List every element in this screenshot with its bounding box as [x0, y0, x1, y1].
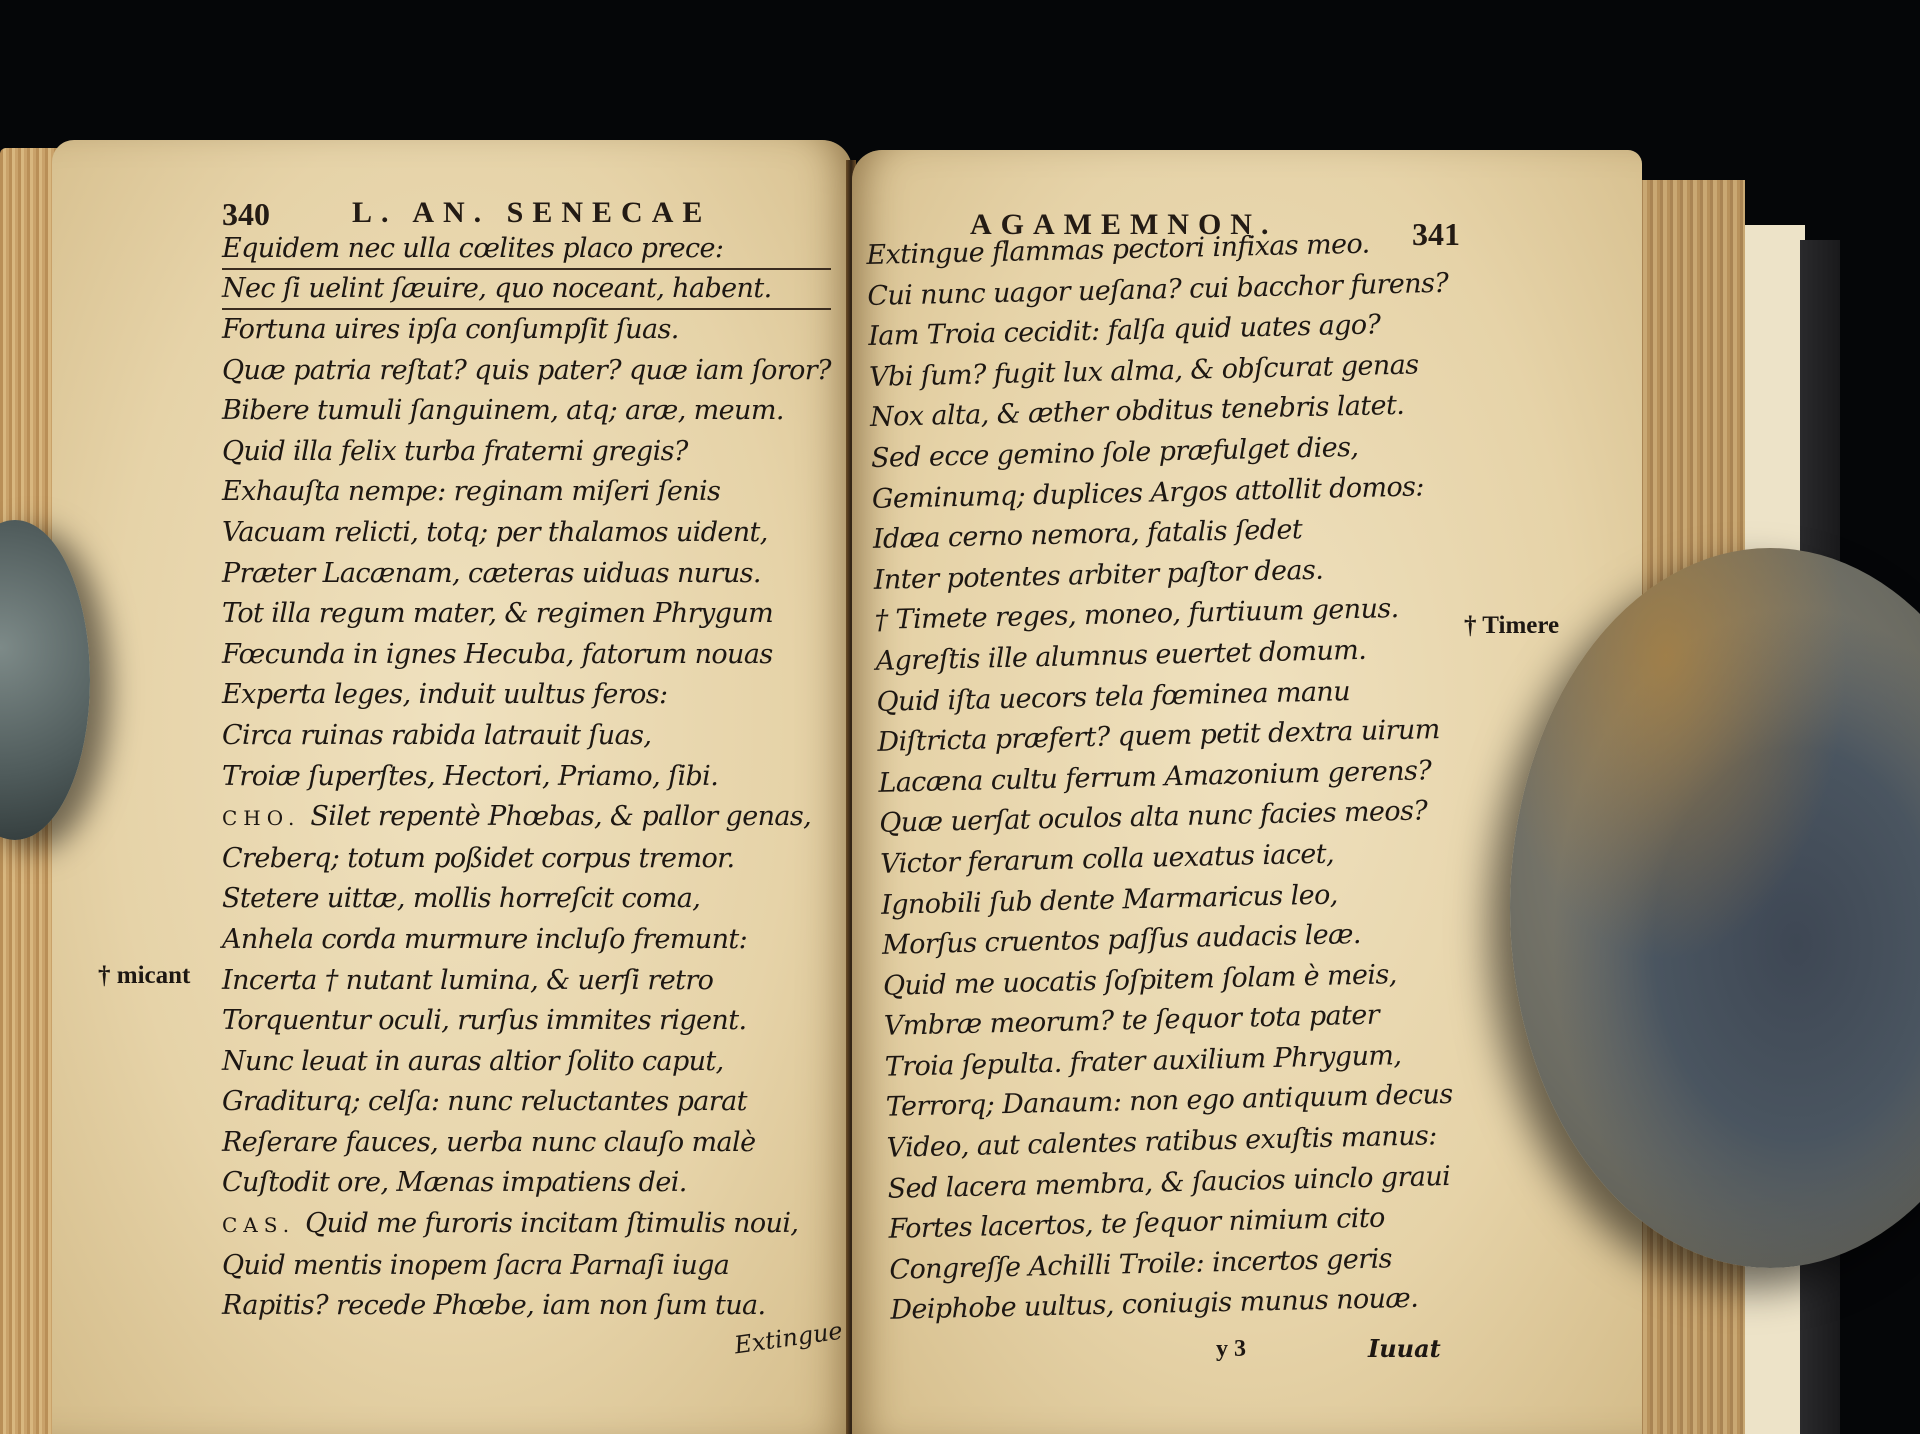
left-running-head: L. AN. SENECAE: [352, 196, 711, 230]
left-page: 340 L. AN. SENECAE Equidem nec ulla cœli…: [52, 140, 852, 1434]
verse-line: Cuſtodit ore, Mænas impatiens dei.: [222, 1163, 831, 1204]
verse-line: Graditurq; celſa: nunc reluctantes parat: [222, 1082, 831, 1123]
verse-line: Reſerare fauces, uerba nunc clauſo malè: [222, 1123, 831, 1164]
verse-line: Incerta † nutant lumina, & uerſi retro: [222, 961, 831, 1002]
right-catchword: Iuuat: [1368, 1334, 1441, 1363]
verse-line: Experta leges, induit uultus feros:: [222, 675, 831, 716]
verse-line: Vacuam relicti, totq; per thalamos uiden…: [222, 513, 831, 554]
verse-line: Anhela corda murmure incluſo fremunt:: [222, 920, 831, 961]
book-photograph: 340 L. AN. SENECAE Equidem nec ulla cœli…: [0, 0, 1920, 1434]
verse-line: Circa ruinas rabida latrauit ſuas,: [222, 716, 831, 757]
verse-line: Quid mentis inopem ſacra Parnaſi iuga: [222, 1246, 831, 1287]
verse-line: Torquentur oculi, rurſus immites rigent.: [222, 1001, 831, 1042]
verse-line: Troiæ ſuperſtes, Hectori, Priamo, ſibi.: [222, 757, 831, 798]
verse-line: CAS.Quid me furoris incitam ſtimulis nou…: [222, 1204, 831, 1246]
left-margin-note: † micant: [98, 962, 190, 990]
verse-line: Stetere uittæ, mollis horreſcit coma,: [222, 879, 831, 920]
verse-line: Præter Lacænam, cæteras uiduas nurus.: [222, 554, 831, 595]
speaker-label: CHO.: [222, 806, 300, 830]
verse-line: Equidem nec ulla cœlites placo prece:: [222, 230, 831, 270]
verse-line: Creberq; totum poßidet corpus tremor.: [222, 839, 831, 880]
speaker-label: CAS.: [222, 1213, 295, 1237]
verse-line: Bibere tumuli ſanguinem, atq; aræ, meum.: [222, 391, 831, 432]
verse-line: Rapitis? recede Phœbe, iam non ſum tua.: [222, 1286, 831, 1327]
right-signature-mark: y 3: [1216, 1336, 1246, 1363]
verse-line: Nec ſi uelint ſæuire, quo noceant, haben…: [222, 270, 831, 310]
verse-line: Exhauſta nempe: reginam miſeri ſenis: [222, 472, 831, 513]
verse-line: Nunc leuat in auras altior ſolito caput,: [222, 1042, 831, 1083]
verse-line: Quid illa felix turba fraterni gregis?: [222, 432, 831, 473]
verse-line: Fortuna uires ipſa conſumpſit ſuas.: [222, 310, 831, 351]
left-folio: 340: [222, 196, 270, 233]
verse-line: CHO.Silet repentè Phœbas, & pallor genas…: [222, 797, 831, 839]
left-verse-lines: Equidem nec ulla cœlites placo prece:Nec…: [222, 230, 831, 1327]
verse-line: Fœcunda in ignes Hecuba, fatorum nouas: [222, 635, 831, 676]
verse-line: Tot illa regum mater, & regimen Phrygum: [222, 594, 831, 635]
right-margin-note: † Timere: [1464, 612, 1559, 640]
verse-line: Quæ patria reſtat? quis pater? quæ iam ſ…: [222, 351, 831, 392]
right-verse-lines: Extingue flammas pectori infixas meo.Cui…: [866, 223, 1472, 1332]
